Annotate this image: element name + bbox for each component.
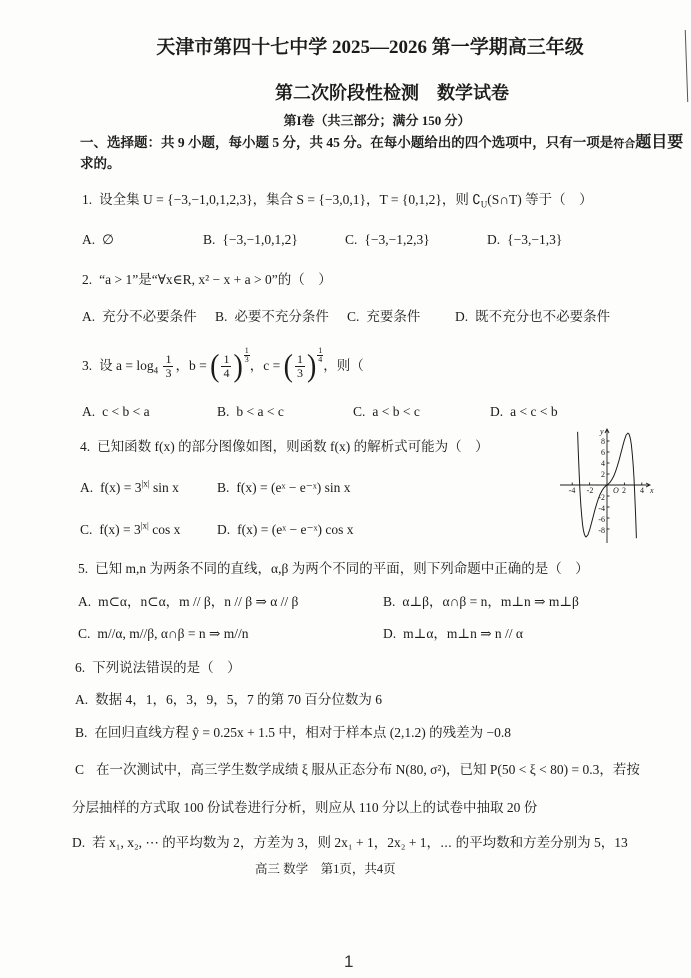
option-c[interactable]: C.{−3,−1,2,3} bbox=[345, 231, 430, 249]
option-d[interactable]: D.f(x) = (eˣ − e⁻ˣ) cos x bbox=[217, 521, 354, 539]
denominator: 4 bbox=[318, 356, 322, 364]
option-text: cos x bbox=[149, 522, 181, 537]
section-heading-small: 符合 bbox=[613, 138, 635, 150]
option-text: 充要条件 bbox=[366, 309, 420, 324]
option-label: D. bbox=[383, 626, 396, 641]
option-label: A. bbox=[82, 404, 95, 419]
question-6-stem: 6.下列说法错误的是（ ） bbox=[75, 659, 241, 677]
option-label: D. bbox=[487, 232, 500, 247]
option-label: A. bbox=[82, 309, 95, 324]
option-d[interactable]: D.a < c < b bbox=[490, 403, 558, 421]
question-text: ，则（ bbox=[323, 358, 364, 373]
option-label: D. bbox=[455, 309, 468, 324]
function-graph: -4 -2 2 4 O x y 8 6 4 2 -2 -4 -6 -8 bbox=[560, 426, 686, 548]
option-b[interactable]: B.必要不充分条件 bbox=[215, 308, 329, 326]
paren-open: ( bbox=[210, 351, 219, 383]
option-label: C. bbox=[353, 404, 365, 419]
option-label: D. bbox=[217, 522, 230, 537]
numerator: 1 bbox=[221, 353, 231, 367]
section-heading: 一、选择题：共 9 小题，每小题 5 分，共 45 分。在每小题给出的四个选项中… bbox=[80, 134, 683, 153]
question-text: ，b = bbox=[175, 358, 206, 373]
question-number: 6. bbox=[75, 660, 85, 675]
fraction-b-base: 14 bbox=[221, 353, 231, 380]
option-a[interactable]: A.∅ bbox=[82, 231, 114, 249]
x-tick-label: -4 bbox=[569, 486, 576, 495]
option-c[interactable]: C.m//α, m//β, α∩β = n ⇒ m//n bbox=[78, 625, 248, 643]
option-text: c < b < a bbox=[102, 404, 149, 419]
option-label: A. bbox=[82, 232, 95, 247]
option-b[interactable]: B.{−3,−1,0,1,2} bbox=[203, 231, 298, 249]
fraction-a: 13 bbox=[163, 353, 173, 380]
exam-title: 天津市第四十七中学 2025—2026 第一学期高三年级 bbox=[150, 36, 590, 60]
option-text: {−3,−1,3} bbox=[507, 232, 562, 247]
exponent: |x| bbox=[141, 521, 149, 531]
x-axis-label: x bbox=[649, 486, 654, 495]
option-d[interactable]: D.{−3,−1,3} bbox=[487, 231, 562, 249]
exam-subtitle: 第二次阶段性检测 数学试卷 bbox=[262, 81, 522, 105]
option-text: 充分不必要条件 bbox=[102, 309, 197, 324]
option-label: D. bbox=[490, 404, 503, 419]
option-text: f(x) = 3 bbox=[100, 480, 141, 495]
option-label: C. bbox=[347, 309, 359, 324]
question-text: 设全集 U = {−3,−1,0,1,2,3}，集合 S = {−3,0,1}，… bbox=[99, 192, 481, 207]
denominator: 3 bbox=[245, 356, 249, 364]
option-text: m⊥α，m⊥n ⇒ n // α bbox=[403, 626, 523, 641]
question-text: 已知函数 f(x) 的部分图像如图，则函数 f(x) 的解析式可能为（ ） bbox=[97, 439, 488, 454]
question-number: 5. bbox=[78, 561, 88, 576]
option-text: sin x bbox=[150, 480, 179, 495]
option-text: ∅ bbox=[102, 232, 114, 247]
option-label: C. bbox=[78, 626, 90, 641]
question-6-option-b[interactable]: B.在回归直线方程 ŷ = 0.25x + 1.5 中，相对于样本点 (2,1.… bbox=[75, 724, 511, 742]
option-c[interactable]: C.a < b < c bbox=[353, 403, 420, 421]
question-number: 4. bbox=[80, 439, 90, 454]
y-tick-labels: 8 6 4 2 -2 -4 -6 -8 bbox=[598, 437, 605, 535]
option-label: A. bbox=[80, 480, 93, 495]
question-text: ，c = bbox=[250, 358, 280, 373]
option-text: 既不充分也不必要条件 bbox=[475, 309, 610, 324]
option-text: f(x) = (eˣ − e⁻ˣ) cos x bbox=[237, 522, 353, 537]
scan-page-edge bbox=[685, 30, 689, 102]
option-text: α⊥β，α∩β = n，m⊥n ⇒ m⊥β bbox=[402, 594, 579, 609]
option-text: {−3,−1,2,3} bbox=[364, 232, 429, 247]
option-a[interactable]: A.充分不必要条件 bbox=[82, 308, 197, 326]
question-text: 已知 m,n 为两条不同的直线，α,β 为两个不同的平面，则下列命题中正确的是（… bbox=[95, 561, 589, 576]
option-a[interactable]: A.m⊂α，n⊂α，m // β，n // β ⇒ α // β bbox=[78, 593, 298, 611]
question-2-stem: 2.“a > 1”是“∀x∈R, x² − x + a > 0”的（ ） bbox=[82, 271, 332, 289]
x-tick-label: 2 bbox=[622, 486, 626, 495]
option-label: B. bbox=[217, 480, 229, 495]
option-text: m⊂α，n⊂α，m // β，n // β ⇒ α // β bbox=[98, 594, 298, 609]
option-a[interactable]: A.c < b < a bbox=[82, 403, 150, 421]
x-tick-label: -2 bbox=[587, 486, 594, 495]
option-text: {−3,−1,0,1,2} bbox=[222, 232, 297, 247]
option-a[interactable]: A.f(x) = 3|x| sin x bbox=[80, 479, 179, 497]
question-3-stem: 3.设 a = log4 13，b = (14)13，c = (13)14，则（ bbox=[82, 346, 364, 386]
question-text: “a > 1”是“∀x∈R, x² − x + a > 0”的（ ） bbox=[99, 272, 332, 287]
option-label: B. bbox=[217, 404, 229, 419]
x-tick-label: 4 bbox=[640, 486, 644, 495]
section-heading-main: 一、选择题：共 9 小题，每小题 5 分，共 45 分。在每小题给出的四个选项中… bbox=[80, 135, 613, 150]
numerator: 1 bbox=[295, 353, 305, 367]
option-label: C bbox=[75, 762, 84, 777]
option-c[interactable]: C.充要条件 bbox=[347, 308, 420, 326]
option-text: b < a < c bbox=[236, 404, 283, 419]
paren-open: ( bbox=[284, 351, 293, 383]
option-d[interactable]: D.m⊥α，m⊥n ⇒ n // α bbox=[383, 625, 523, 643]
exponent: |x| bbox=[141, 479, 149, 489]
option-label: A. bbox=[75, 692, 88, 707]
option-c[interactable]: C.f(x) = 3|x| cos x bbox=[80, 521, 180, 539]
question-6-option-d[interactable]: D.若 x₁, x₂, ⋯ 的平均数为 2，方差为 3，则 2x₁ + 1，2x… bbox=[72, 834, 628, 852]
option-text: m//α, m//β, α∩β = n ⇒ m//n bbox=[97, 626, 248, 641]
option-text: a < b < c bbox=[372, 404, 419, 419]
question-number: 3. bbox=[82, 358, 92, 373]
question-6-option-c-cont: 分层抽样的方式取 100 份试卷进行分析，则应从 110 分以上的试卷中抽取 2… bbox=[72, 799, 537, 817]
denominator: 4 bbox=[221, 367, 231, 380]
denominator: 3 bbox=[163, 367, 173, 380]
y-tick-label: -8 bbox=[598, 526, 605, 535]
option-label: B. bbox=[75, 725, 87, 740]
question-5-stem: 5.已知 m,n 为两条不同的直线，α,β 为两个不同的平面，则下列命题中正确的… bbox=[78, 560, 589, 578]
y-tick-label: 8 bbox=[601, 437, 605, 446]
option-label: A. bbox=[78, 594, 91, 609]
numerator: 1 bbox=[163, 353, 173, 367]
option-b[interactable]: B.f(x) = (eˣ − e⁻ˣ) sin x bbox=[217, 479, 351, 497]
y-axis-label: y bbox=[599, 427, 604, 436]
option-b[interactable]: B.b < a < c bbox=[217, 403, 284, 421]
option-b[interactable]: B.α⊥β，α∩β = n，m⊥n ⇒ m⊥β bbox=[383, 593, 579, 611]
question-1-stem: 1.设全集 U = {−3,−1,0,1,2,3}，集合 S = {−3,0,1… bbox=[82, 191, 593, 209]
question-text: 下列说法错误的是（ ） bbox=[92, 660, 241, 675]
section-heading-large: 题目要 bbox=[635, 134, 683, 151]
option-label: B. bbox=[203, 232, 215, 247]
paren-close: ) bbox=[233, 351, 242, 383]
log-base: 4 bbox=[154, 366, 159, 376]
option-label: B. bbox=[383, 594, 395, 609]
page-number: 1 bbox=[344, 952, 353, 972]
option-text: 数据 4，1，6，3，9，5，7 的第 70 百分位数为 6 bbox=[95, 692, 382, 707]
denominator: 3 bbox=[295, 367, 305, 380]
y-tick-label: 6 bbox=[601, 448, 605, 457]
option-text: 若 x₁, x₂, ⋯ 的平均数为 2，方差为 3，则 2x₁ + 1，2x₂ … bbox=[92, 835, 628, 850]
y-tick-label: 4 bbox=[601, 459, 605, 468]
page-footer: 高三 数学 第1页，共4页 bbox=[255, 860, 396, 878]
section-heading-cont: 求的。 bbox=[80, 155, 121, 173]
question-text: 设 a = log bbox=[99, 358, 153, 373]
y-tick-label: -6 bbox=[598, 515, 605, 524]
option-label: C. bbox=[345, 232, 357, 247]
option-label: B. bbox=[215, 309, 227, 324]
question-text: (S∩T) 等于（ ） bbox=[487, 192, 592, 207]
y-tick-label: -2 bbox=[598, 493, 605, 502]
option-text: 在一次测试中，高三学生数学成绩 ξ 服从正态分布 N(80, σ²)，已知 P(… bbox=[96, 762, 640, 777]
option-label: C. bbox=[80, 522, 92, 537]
option-text: 在回归直线方程 ŷ = 0.25x + 1.5 中，相对于样本点 (2,1.2)… bbox=[94, 725, 511, 740]
volume-info: 第I卷（共三部分；满分 150 分） bbox=[262, 112, 492, 130]
paren-close: ) bbox=[307, 351, 316, 383]
option-text: f(x) = (eˣ − e⁻ˣ) sin x bbox=[236, 480, 350, 495]
origin-label: O bbox=[613, 486, 619, 495]
question-4-stem: 4.已知函数 f(x) 的部分图像如图，则函数 f(x) 的解析式可能为（ ） bbox=[80, 438, 489, 456]
option-text: a < c < b bbox=[510, 404, 557, 419]
option-text: f(x) = 3 bbox=[99, 522, 140, 537]
y-tick-label: -4 bbox=[598, 504, 605, 513]
question-number: 1. bbox=[82, 192, 92, 207]
option-text: 必要不充分条件 bbox=[234, 309, 329, 324]
question-6-option-a[interactable]: A.数据 4，1，6，3，9，5，7 的第 70 百分位数为 6 bbox=[75, 691, 382, 709]
question-number: 2. bbox=[82, 272, 92, 287]
option-label: D. bbox=[72, 835, 85, 850]
question-6-option-c[interactable]: C在一次测试中，高三学生数学成绩 ξ 服从正态分布 N(80, σ²)，已知 P… bbox=[75, 761, 640, 779]
y-tick-label: 2 bbox=[601, 470, 605, 479]
fraction-c-base: 13 bbox=[295, 353, 305, 380]
option-d[interactable]: D.既不充分也不必要条件 bbox=[455, 308, 610, 326]
